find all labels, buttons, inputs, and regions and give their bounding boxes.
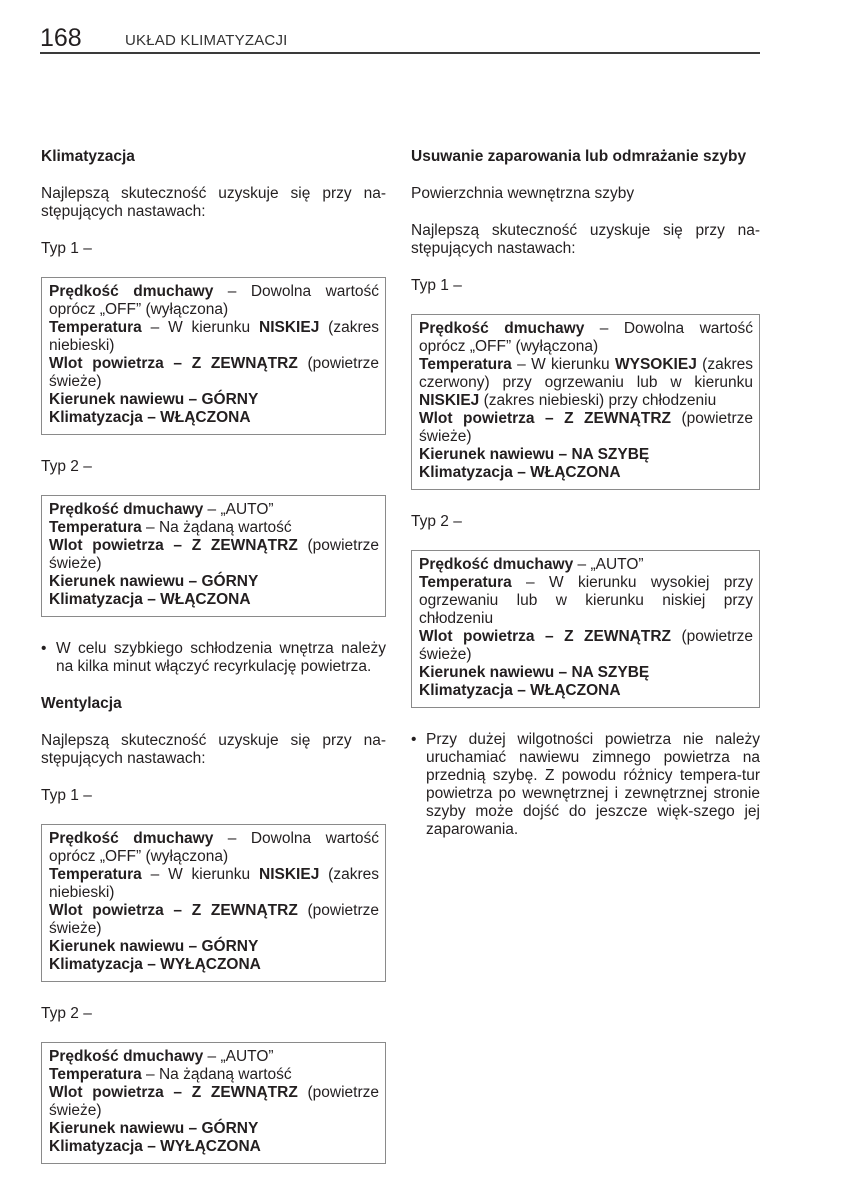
setting-value: (zakres niebieski) przy chłodzeniu	[479, 392, 716, 409]
setting-label: Temperatura	[49, 319, 142, 336]
setting-label: Klimatyzacja – WYŁĄCZONA	[49, 956, 261, 973]
setting-row: Prędkość dmuchawy – Dowolna wartość opró…	[419, 320, 753, 356]
setting-row: Temperatura – W kierunku NISKIEJ (zakres…	[49, 866, 379, 902]
setting-value: „AUTO”	[220, 1048, 273, 1065]
type-label: Typ 1 –	[41, 240, 386, 258]
setting-label: Kierunek nawiewu – GÓRNY	[49, 391, 258, 408]
setting-label: Kierunek nawiewu – GÓRNY	[49, 573, 258, 590]
setting-row: Klimatyzacja – WŁĄCZONA	[49, 409, 379, 427]
setting-row: Klimatyzacja – WYŁĄCZONA	[49, 956, 379, 974]
setting-label: Temperatura	[419, 574, 512, 591]
setting-value: W kierunku	[168, 866, 259, 883]
setting-label: Temperatura	[419, 356, 512, 373]
separator: –	[142, 866, 168, 883]
separator: –	[203, 501, 220, 518]
setting-row: Prędkość dmuchawy – „AUTO”	[419, 556, 753, 574]
setting-row: Klimatyzacja – WŁĄCZONA	[419, 464, 753, 482]
bullet-icon: •	[411, 731, 416, 749]
setting-label: Wlot powietrza – Z ZEWNĄTRZ	[419, 410, 671, 427]
setting-value: „AUTO”	[220, 501, 273, 518]
setting-row: Wlot powietrza – Z ZEWNĄTRZ (powietrze ś…	[419, 628, 753, 664]
separator: –	[573, 556, 590, 573]
setting-row: Temperatura – W kierunku WYSOKIEJ (zakre…	[419, 356, 753, 410]
settings-box: Prędkość dmuchawy – „AUTO”Temperatura – …	[411, 550, 760, 708]
setting-label: Prędkość dmuchawy	[419, 320, 584, 337]
setting-value: Na żądaną wartość	[159, 519, 292, 536]
setting-value-emphasis: NISKIEJ	[419, 392, 479, 409]
settings-box: Prędkość dmuchawy – „AUTO”Temperatura – …	[41, 1042, 386, 1164]
setting-value-emphasis: WYSOKIEJ	[615, 356, 697, 373]
bullet-icon: •	[41, 640, 46, 658]
setting-row: Temperatura – W kierunku wysokiej przy o…	[419, 574, 753, 628]
setting-row: Wlot powietrza – Z ZEWNĄTRZ (powietrze ś…	[49, 355, 379, 391]
separator: –	[142, 319, 168, 336]
settings-box: Prędkość dmuchawy – „AUTO”Temperatura – …	[41, 495, 386, 617]
type-label: Typ 1 –	[41, 787, 386, 805]
setting-value: Na żądaną wartość	[159, 1066, 292, 1083]
setting-value-emphasis: NISKIEJ	[259, 866, 319, 883]
settings-box: Prędkość dmuchawy – Dowolna wartość opró…	[41, 277, 386, 435]
setting-label: Wlot powietrza – Z ZEWNĄTRZ	[49, 355, 298, 372]
setting-value: W kierunku	[531, 356, 615, 373]
separator: –	[142, 1066, 159, 1083]
type-label: Typ 2 –	[411, 513, 760, 531]
setting-label: Kierunek nawiewu – GÓRNY	[49, 1120, 258, 1137]
setting-row: Wlot powietrza – Z ZEWNĄTRZ (powietrze ś…	[49, 1084, 379, 1120]
type-label: Typ 2 –	[41, 458, 386, 476]
setting-value-emphasis: NISKIEJ	[259, 319, 319, 336]
setting-label: Klimatyzacja – WYŁĄCZONA	[49, 1138, 261, 1155]
setting-row: Kierunek nawiewu – GÓRNY	[49, 938, 379, 956]
settings-box: Prędkość dmuchawy – Dowolna wartość opró…	[41, 824, 386, 982]
separator: –	[584, 320, 624, 337]
setting-row: Klimatyzacja – WŁĄCZONA	[49, 591, 379, 609]
intro-paragraph: Najlepszą skuteczność uzyskuje się przy …	[411, 222, 760, 258]
setting-label: Prędkość dmuchawy	[419, 556, 573, 573]
setting-row: Prędkość dmuchawy – „AUTO”	[49, 501, 379, 519]
setting-row: Kierunek nawiewu – GÓRNY	[49, 1120, 379, 1138]
setting-label: Wlot powietrza – Z ZEWNĄTRZ	[49, 537, 298, 554]
setting-label: Klimatyzacja – WŁĄCZONA	[419, 464, 621, 481]
separator: –	[213, 283, 251, 300]
setting-row: Kierunek nawiewu – GÓRNY	[49, 573, 379, 591]
separator	[671, 628, 681, 645]
setting-row: Wlot powietrza – Z ZEWNĄTRZ (powietrze ś…	[49, 537, 379, 573]
section-heading-ventilation: Wentylacja	[41, 695, 386, 713]
bullet-note: • W celu szybkiego schłodzenia wnętrza n…	[41, 640, 386, 676]
separator	[298, 537, 308, 554]
separator	[298, 355, 308, 372]
section-heading-defog: Usuwanie zaparowania lub odmrażanie szyb…	[411, 148, 760, 166]
separator	[298, 1084, 308, 1101]
setting-row: Wlot powietrza – Z ZEWNĄTRZ (powietrze ś…	[49, 902, 379, 938]
separator: –	[203, 1048, 220, 1065]
setting-label: Wlot powietrza – Z ZEWNĄTRZ	[49, 1084, 298, 1101]
setting-row: Temperatura – Na żądaną wartość	[49, 519, 379, 537]
separator: –	[213, 830, 251, 847]
bullet-text: Przy dużej wilgotności powietrza nie nal…	[426, 731, 760, 838]
page-header: 168 UKŁAD KLIMATYZACJI	[40, 24, 760, 54]
setting-label: Temperatura	[49, 866, 142, 883]
setting-row: Kierunek nawiewu – GÓRNY	[49, 391, 379, 409]
setting-row: Klimatyzacja – WYŁĄCZONA	[49, 1138, 379, 1156]
setting-row: Wlot powietrza – Z ZEWNĄTRZ (powietrze ś…	[419, 410, 753, 446]
setting-label: Prędkość dmuchawy	[49, 501, 203, 518]
setting-row: Prędkość dmuchawy – „AUTO”	[49, 1048, 379, 1066]
setting-row: Kierunek nawiewu – NA SZYBĘ	[419, 446, 753, 464]
setting-label: Klimatyzacja – WŁĄCZONA	[419, 682, 621, 699]
right-column: Usuwanie zaparowania lub odmrażanie szyb…	[411, 148, 760, 858]
left-column: Klimatyzacja Najlepszą skuteczność uzysk…	[41, 148, 386, 1187]
separator: –	[512, 574, 549, 591]
page-number: 168	[40, 24, 82, 52]
section-heading-ac: Klimatyzacja	[41, 148, 386, 166]
separator	[671, 410, 681, 427]
setting-row: Temperatura – Na żądaną wartość	[49, 1066, 379, 1084]
setting-label: Temperatura	[49, 519, 142, 536]
setting-label: Klimatyzacja – WŁĄCZONA	[49, 591, 251, 608]
chapter-title: UKŁAD KLIMATYZACJI	[125, 32, 288, 49]
intro-paragraph: Najlepszą skuteczność uzyskuje się przy …	[41, 732, 386, 768]
setting-label: Kierunek nawiewu – NA SZYBĘ	[419, 446, 649, 463]
setting-label: Prędkość dmuchawy	[49, 830, 213, 847]
setting-label: Temperatura	[49, 1066, 142, 1083]
bullet-note: • Przy dużej wilgotności powietrza nie n…	[411, 731, 760, 839]
setting-label: Kierunek nawiewu – NA SZYBĘ	[419, 664, 649, 681]
type-label: Typ 1 –	[411, 277, 760, 295]
setting-label: Wlot powietrza – Z ZEWNĄTRZ	[419, 628, 671, 645]
setting-row: Temperatura – W kierunku NISKIEJ (zakres…	[49, 319, 379, 355]
intro-paragraph: Najlepszą skuteczność uzyskuje się przy …	[41, 185, 386, 221]
separator	[298, 902, 308, 919]
separator: –	[142, 519, 159, 536]
setting-label: Kierunek nawiewu – GÓRNY	[49, 938, 258, 955]
setting-label: Klimatyzacja – WŁĄCZONA	[49, 409, 251, 426]
separator: –	[512, 356, 531, 373]
setting-row: Kierunek nawiewu – NA SZYBĘ	[419, 664, 753, 682]
bullet-text: W celu szybkiego schłodzenia wnętrza nal…	[56, 640, 386, 675]
subheading: Powierzchnia wewnętrzna szyby	[411, 185, 760, 203]
type-label: Typ 2 –	[41, 1005, 386, 1023]
setting-value: W kierunku	[168, 319, 259, 336]
setting-label: Prędkość dmuchawy	[49, 1048, 203, 1065]
setting-row: Prędkość dmuchawy – Dowolna wartość opró…	[49, 283, 379, 319]
settings-box: Prędkość dmuchawy – Dowolna wartość opró…	[411, 314, 760, 490]
setting-label: Wlot powietrza – Z ZEWNĄTRZ	[49, 902, 298, 919]
setting-value: „AUTO”	[590, 556, 643, 573]
setting-row: Prędkość dmuchawy – Dowolna wartość opró…	[49, 830, 379, 866]
setting-label: Prędkość dmuchawy	[49, 283, 213, 300]
setting-row: Klimatyzacja – WŁĄCZONA	[419, 682, 753, 700]
